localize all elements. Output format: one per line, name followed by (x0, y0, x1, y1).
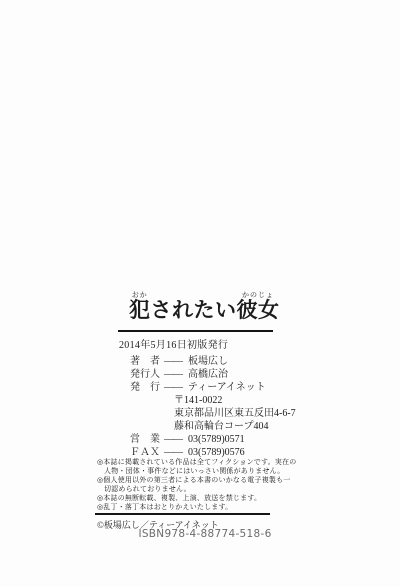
credit-dash: —— (164, 381, 188, 394)
notice-fiction-disclaimer: ◎本誌に掲載されている作品は全てフィクションです。実在の (97, 458, 325, 467)
credit-label: 発 行 (130, 381, 164, 394)
legal-notices-block: ◎本誌に掲載されている作品は全てフィクションです。実在の 人物・団体・事件などに… (97, 458, 325, 512)
furigana: かのじょ (237, 291, 280, 299)
credit-label: 著 者 (130, 355, 164, 368)
copyright-divider-rule (95, 513, 270, 515)
credit-label: 発行人 (130, 368, 164, 381)
title-divider-rule (118, 330, 273, 332)
colophon-page: 犯おかされたい彼女かのじょ 2014年5月16日初版発行 著 者——板場広し 発… (0, 0, 400, 587)
credit-row-address: 東京都品川区東五反田4-6-7 (130, 407, 296, 420)
credit-value: ティーアイネット (188, 381, 266, 394)
credit-row-building: 藤和高輪台コープ404 (130, 420, 296, 433)
title-segment-2: されたい (151, 298, 237, 322)
edition-date: 2014年5月16日初版発行 (119, 336, 228, 351)
credit-row-postal-code: 〒141-0022 (130, 394, 296, 407)
furigana: おか (129, 291, 151, 299)
isbn-text: ISBN978-4-88774-518-6 (95, 528, 315, 540)
notice-digital-copy-cont: 切認められておりません。 (97, 485, 325, 494)
credit-dash: —— (164, 368, 188, 381)
credit-row-publisher: 発 行——ティーアイネット (130, 381, 296, 394)
credit-value: 高橋広治 (188, 368, 228, 381)
notice-no-reproduction: ◎本誌の無断転載、複製、上演、放送を禁じます。 (97, 494, 325, 503)
notice-fiction-disclaimer-cont: 人物・団体・事件などにはいっさい関係がありません。 (97, 467, 325, 476)
title-segment-3: 彼女かのじょ (237, 298, 280, 322)
credit-row-sales-phone: 営 業——03(5789)0571 (130, 433, 296, 446)
credit-value: 板場広し (188, 355, 228, 368)
notice-defective-copies: ◎乱丁・落丁本はおとりかえいたします。 (97, 503, 325, 512)
credit-value: 〒141-0022 (174, 394, 222, 407)
page-title: 犯おかされたい彼女かのじょ (129, 291, 280, 324)
credit-dash: —— (164, 355, 188, 368)
credit-label: 営 業 (130, 433, 164, 446)
credits-block: 著 者——板場広し 発行人——高橋広治 発 行——ティーアイネット 〒141-0… (130, 355, 296, 459)
credit-value: 03(5789)0571 (188, 433, 245, 446)
title-segment-1: 犯おか (129, 298, 151, 322)
notice-digital-copy: ◎個人使用以外の第三者による本書のいかなる電子複製も一 (97, 476, 325, 485)
credit-value: 東京都品川区東五反田4-6-7 (174, 407, 296, 420)
credit-value: 藤和高輪台コープ404 (174, 420, 269, 433)
credit-row-author: 著 者——板場広し (130, 355, 296, 368)
credit-row-publisher-person: 発行人——高橋広治 (130, 368, 296, 381)
credit-dash: —— (164, 433, 188, 446)
